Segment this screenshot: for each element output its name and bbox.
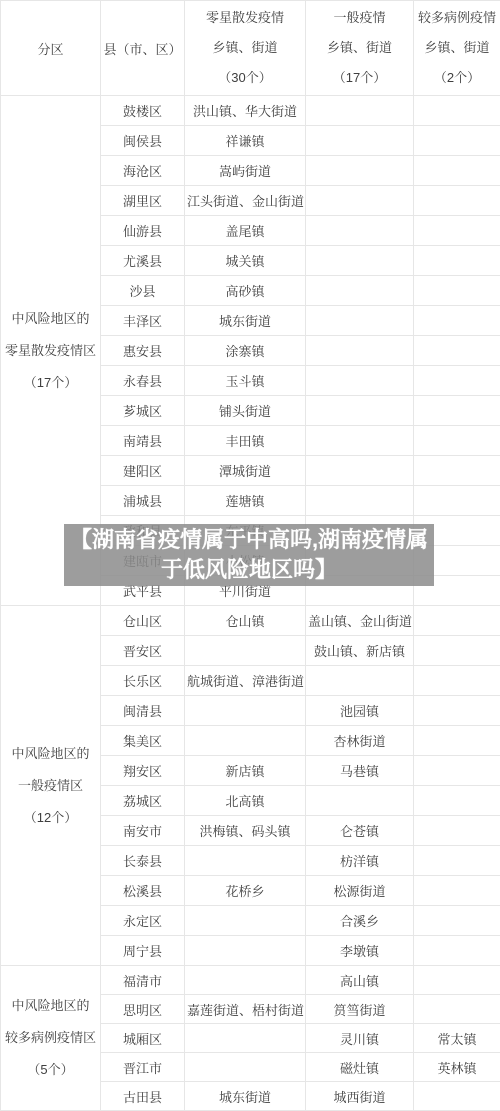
sporadic-cell: 嘉莲街道、梧村街道 (185, 995, 306, 1024)
header-many-line1: 较多病例疫情 (416, 3, 498, 33)
section-label-line: （17个） (3, 367, 98, 399)
many-cell (414, 816, 500, 846)
sporadic-cell: 祥谦镇 (185, 126, 306, 156)
sporadic-cell: 洪梅镇、码头镇 (185, 816, 306, 846)
sporadic-cell: 航城街道、漳港街道 (185, 666, 306, 696)
many-cell (414, 606, 500, 636)
general-cell: 鼓山镇、新店镇 (306, 636, 414, 666)
section-label-line: 中风险地区的 (3, 303, 98, 335)
sporadic-cell: 洪山镇、华大街道 (185, 96, 306, 126)
sporadic-cell: 江头街道、金山街道 (185, 186, 306, 216)
county-cell: 湖里区 (101, 186, 185, 216)
county-cell: 鼓楼区 (101, 96, 185, 126)
many-cell (414, 246, 500, 276)
county-cell: 芗城区 (101, 396, 185, 426)
sporadic-cell: 城关镇 (185, 246, 306, 276)
caption-line-2: 于低风险地区吗】 (161, 555, 337, 585)
many-cell (414, 216, 500, 246)
sporadic-cell (185, 1024, 306, 1053)
caption-overlay-banner: 【湖南省疫情属于中高吗,湖南疫情属 于低风险地区吗】 (64, 524, 434, 586)
many-cell (414, 486, 500, 516)
section-label-many: 中风险地区的 较多病例疫情区 （5个） (1, 966, 101, 1111)
general-cell (306, 456, 414, 486)
general-cell (306, 426, 414, 456)
county-cell: 南安市 (101, 816, 185, 846)
sporadic-cell (185, 846, 306, 876)
sporadic-cell: 新店镇 (185, 756, 306, 786)
many-cell (414, 96, 500, 126)
general-cell (306, 246, 414, 276)
general-cell: 松源街道 (306, 876, 414, 906)
general-cell (306, 216, 414, 246)
sporadic-cell: 玉斗镇 (185, 366, 306, 396)
many-cell (414, 126, 500, 156)
header-general-line3: （17个） (308, 63, 411, 93)
county-cell: 永定区 (101, 906, 185, 936)
many-cell (414, 995, 500, 1024)
many-cell: 常太镇 (414, 1024, 500, 1053)
general-cell (306, 786, 414, 816)
many-cell (414, 426, 500, 456)
county-cell: 尤溪县 (101, 246, 185, 276)
section-label-line: （5个） (3, 1054, 98, 1086)
general-cell (306, 306, 414, 336)
sporadic-cell: 花桥乡 (185, 876, 306, 906)
county-cell: 松溪县 (101, 876, 185, 906)
general-cell: 枋洋镇 (306, 846, 414, 876)
county-cell: 长泰县 (101, 846, 185, 876)
county-cell: 永春县 (101, 366, 185, 396)
sporadic-cell: 高砂镇 (185, 276, 306, 306)
sporadic-cell: 铺头街道 (185, 396, 306, 426)
many-cell (414, 846, 500, 876)
many-cell (414, 186, 500, 216)
sporadic-cell: 北高镇 (185, 786, 306, 816)
sporadic-cell: 仓山镇 (185, 606, 306, 636)
many-cell (414, 366, 500, 396)
county-cell: 长乐区 (101, 666, 185, 696)
general-cell (306, 156, 414, 186)
county-cell: 城厢区 (101, 1024, 185, 1053)
county-cell: 思明区 (101, 995, 185, 1024)
general-cell: 合溪乡 (306, 906, 414, 936)
section-label-line: 零星散发疫情区 (3, 335, 98, 367)
county-cell: 福清市 (101, 966, 185, 995)
general-cell (306, 276, 414, 306)
county-cell: 集美区 (101, 726, 185, 756)
county-cell: 浦城县 (101, 486, 185, 516)
county-cell: 仙游县 (101, 216, 185, 246)
many-cell (414, 456, 500, 486)
general-cell: 灵川镇 (306, 1024, 414, 1053)
header-general-line2: 乡镇、街道 (308, 33, 411, 63)
sporadic-cell: 潭城街道 (185, 456, 306, 486)
county-cell: 丰泽区 (101, 306, 185, 336)
many-cell (414, 306, 500, 336)
header-many-line2: 乡镇、街道 (416, 33, 498, 63)
section-label-line: 中风险地区的 (3, 738, 98, 770)
county-cell: 晋安区 (101, 636, 185, 666)
header-sporadic-line2: 乡镇、街道 (187, 33, 303, 63)
general-cell: 仑苍镇 (306, 816, 414, 846)
many-cell (414, 696, 500, 726)
many-cell (414, 276, 500, 306)
header-sporadic-line3: （30个） (187, 63, 303, 93)
general-cell: 盖山镇、金山街道 (306, 606, 414, 636)
sporadic-cell (185, 726, 306, 756)
header-county: 县（市、区） (101, 1, 185, 96)
many-cell: 英林镇 (414, 1053, 500, 1082)
general-cell (306, 366, 414, 396)
many-cell (414, 666, 500, 696)
header-sporadic-line1: 零星散发疫情 (187, 3, 303, 33)
general-cell (306, 96, 414, 126)
county-cell: 惠安县 (101, 336, 185, 366)
header-zone: 分区 (1, 1, 101, 96)
section-label-general: 中风险地区的 一般疫情区 （12个） (1, 606, 101, 966)
sporadic-cell: 丰田镇 (185, 426, 306, 456)
sporadic-cell: 莲塘镇 (185, 486, 306, 516)
many-cell (414, 636, 500, 666)
sporadic-cell (185, 966, 306, 995)
table-header-row: 分区 县（市、区） 零星散发疫情 乡镇、街道 （30个） 一般疫情 乡镇、街道 … (1, 1, 500, 96)
county-cell: 南靖县 (101, 426, 185, 456)
sporadic-cell (185, 696, 306, 726)
general-cell (306, 186, 414, 216)
sporadic-cell: 盖尾镇 (185, 216, 306, 246)
general-cell: 磁灶镇 (306, 1053, 414, 1082)
header-many: 较多病例疫情 乡镇、街道 （2个） (414, 1, 500, 96)
sporadic-cell (185, 1053, 306, 1082)
many-cell (414, 1082, 500, 1111)
many-cell (414, 876, 500, 906)
sporadic-cell: 嵩屿街道 (185, 156, 306, 186)
county-cell: 周宁县 (101, 936, 185, 966)
county-cell: 翔安区 (101, 756, 185, 786)
section-label-line: （12个） (3, 802, 98, 834)
general-cell: 城西街道 (306, 1082, 414, 1111)
general-cell: 李墩镇 (306, 936, 414, 966)
general-cell (306, 126, 414, 156)
county-cell: 古田县 (101, 1082, 185, 1111)
many-cell (414, 966, 500, 995)
section-label-line: 较多病例疫情区 (3, 1022, 98, 1054)
general-cell: 池园镇 (306, 696, 414, 726)
sporadic-cell: 城东街道 (185, 306, 306, 336)
county-cell: 建阳区 (101, 456, 185, 486)
many-cell (414, 936, 500, 966)
sporadic-cell (185, 906, 306, 936)
table-row: 中风险地区的 零星散发疫情区 （17个） 鼓楼区 洪山镇、华大街道 (1, 96, 500, 126)
many-cell (414, 336, 500, 366)
general-cell: 杏林街道 (306, 726, 414, 756)
general-cell (306, 486, 414, 516)
section-label-line: 一般疫情区 (3, 770, 98, 802)
county-cell: 闽侯县 (101, 126, 185, 156)
many-cell (414, 726, 500, 756)
page: 分区 县（市、区） 零星散发疫情 乡镇、街道 （30个） 一般疫情 乡镇、街道 … (0, 0, 500, 1111)
table-row: 中风险地区的 一般疫情区 （12个） 仓山区 仓山镇 盖山镇、金山街道 (1, 606, 500, 636)
general-cell (306, 336, 414, 366)
general-cell (306, 666, 414, 696)
header-many-line3: （2个） (416, 63, 498, 93)
county-cell: 沙县 (101, 276, 185, 306)
section-label-line: 中风险地区的 (3, 990, 98, 1022)
header-general-line1: 一般疫情 (308, 3, 411, 33)
header-sporadic: 零星散发疫情 乡镇、街道 （30个） (185, 1, 306, 96)
county-cell: 闽清县 (101, 696, 185, 726)
many-cell (414, 786, 500, 816)
sporadic-cell: 涂寨镇 (185, 336, 306, 366)
caption-line-1: 【湖南省疫情属于中高吗,湖南疫情属 (70, 525, 428, 555)
table-row: 中风险地区的 较多病例疫情区 （5个） 福清市 高山镇 (1, 966, 500, 995)
county-cell: 荔城区 (101, 786, 185, 816)
many-cell (414, 396, 500, 426)
general-cell (306, 396, 414, 426)
county-cell: 晋江市 (101, 1053, 185, 1082)
county-cell: 仓山区 (101, 606, 185, 636)
general-cell: 筼筜街道 (306, 995, 414, 1024)
general-cell: 高山镇 (306, 966, 414, 995)
county-cell: 海沧区 (101, 156, 185, 186)
header-general: 一般疫情 乡镇、街道 （17个） (306, 1, 414, 96)
sporadic-cell: 城东街道 (185, 1082, 306, 1111)
many-cell (414, 906, 500, 936)
many-cell (414, 156, 500, 186)
sporadic-cell (185, 936, 306, 966)
general-cell: 马巷镇 (306, 756, 414, 786)
sporadic-cell (185, 636, 306, 666)
many-cell (414, 756, 500, 786)
